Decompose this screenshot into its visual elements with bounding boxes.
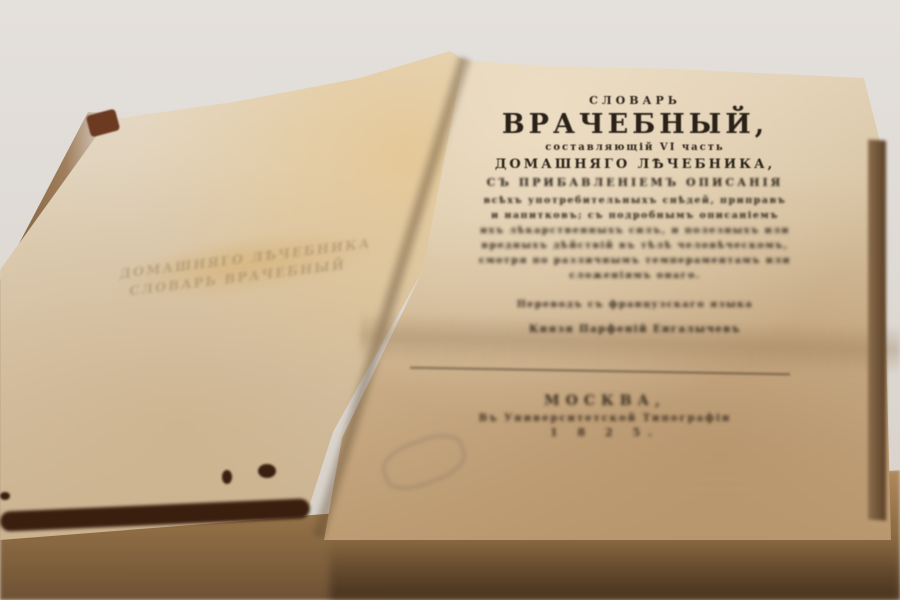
book-photo-scene: ДОМАШНЯГО ЛѢЧЕБНИКА СЛОВАРЬ ВРАЧЕБНЫЙ СЛ…	[0, 0, 900, 600]
body-line: всѣхъ употребительныхъ снѣдей, приправъ	[455, 193, 815, 208]
author-line: Князя Парфеній Енгалычевъ	[455, 322, 815, 337]
body-line: и напитковъ; съ подробнымъ описаніемъ	[455, 208, 815, 223]
imprint-city: МОСКВА,	[430, 393, 780, 409]
wormhole	[222, 470, 232, 484]
description-paragraph: всѣхъ употребительныхъ снѣдей, приправъ …	[455, 193, 815, 283]
body-line: смотря по различнымъ темпераментамъ или	[455, 253, 815, 268]
subtitle-part: составляющій VI часть	[455, 142, 815, 153]
body-line: вредныхъ дѣйствій въ тѣлѣ человѣческомъ,	[455, 238, 815, 253]
imprint-press: Въ Университетской Типографіи	[430, 413, 780, 424]
wormhole	[258, 464, 276, 478]
heading-small: СЛОВАРЬ	[455, 94, 815, 107]
subtitle-addition: СЪ ПРИБАВЛЕНІЕМЪ ОПИСАНІЯ	[455, 176, 815, 189]
book-right-edge	[868, 139, 886, 520]
title-block: СЛОВАРЬ ВРАЧЕБНЫЙ, составляющій VI часть…	[455, 94, 815, 337]
body-line: сложеніямъ онаго.	[455, 268, 815, 283]
imprint-year: 1 8 2 5.	[430, 426, 780, 439]
imprint: МОСКВА, Въ Университетской Типографіи 1 …	[430, 393, 780, 439]
subtitle-home-doctor: ДОМАШНЯГО ЛѢЧЕБНИКА,	[455, 157, 815, 172]
wormhole	[0, 492, 10, 500]
translator-line: Переводъ съ французскаго языка	[455, 297, 815, 312]
heading-main: ВРАЧЕБНЫЙ,	[455, 109, 815, 140]
book-shadow	[330, 540, 900, 600]
body-line: ихъ лѣкарственныхъ силъ, и полезныхъ или	[455, 223, 815, 238]
